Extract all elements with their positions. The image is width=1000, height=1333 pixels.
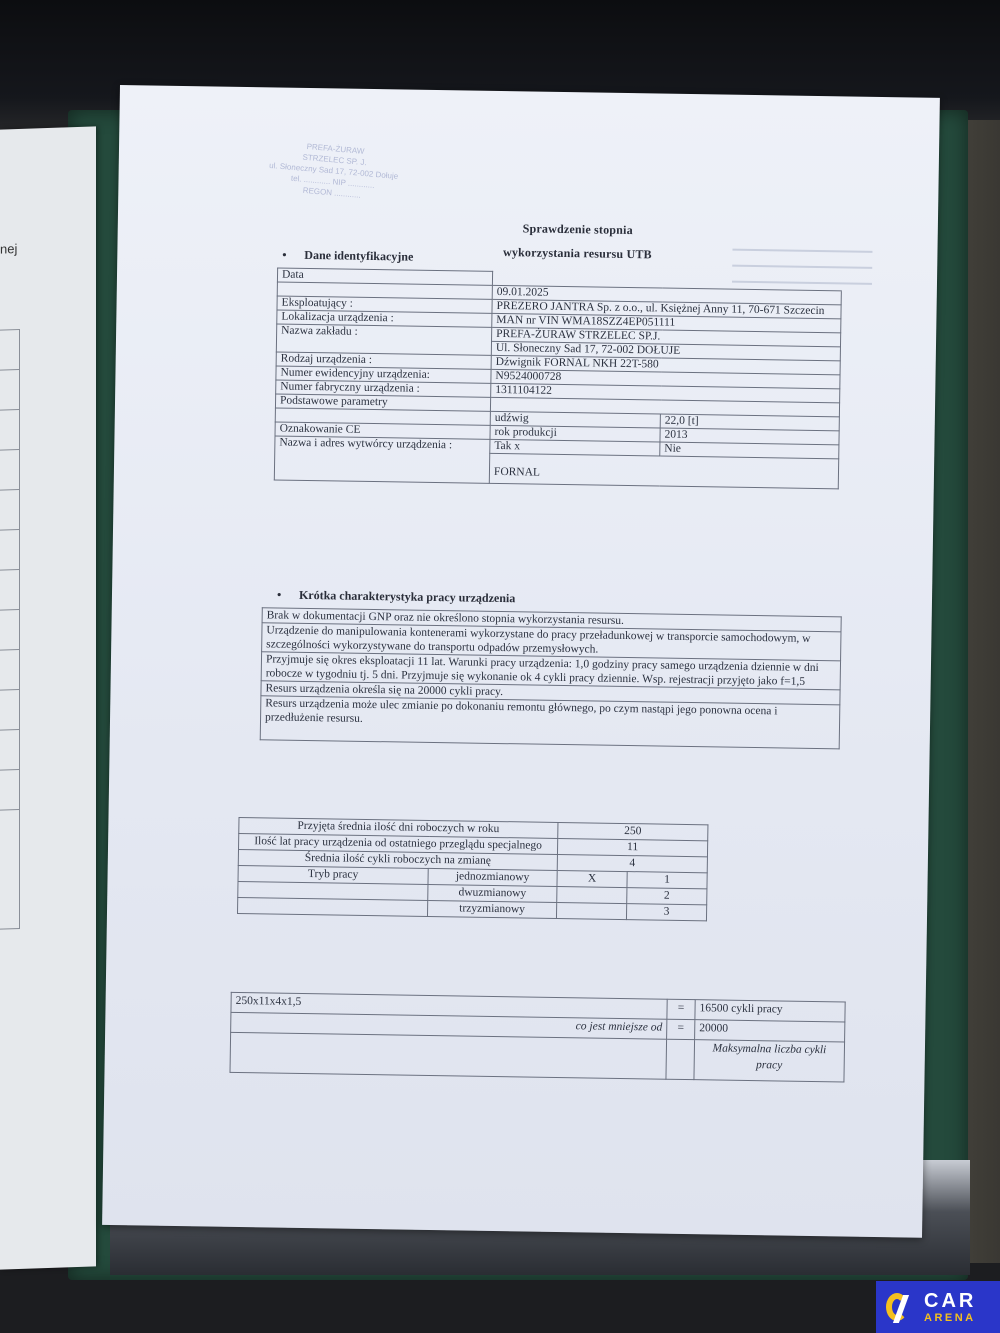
left-page-table (0, 329, 20, 930)
identification-table: Data 09.01.2025 Eksploatujący :PREZERO J… (274, 267, 842, 489)
table-row: Resurs urządzenia może ulec zmianie po d… (260, 696, 840, 749)
left-page-fragment: nej (0, 126, 96, 1269)
document-title: Sprawdzenie stopnia wykorzystania resurs… (417, 215, 738, 268)
car-arena-watermark: CAR ARENA (876, 1281, 1000, 1333)
table-row: Maksymalna liczba cykli pracy (230, 1032, 845, 1082)
section-work-heading: •Krótka charakterystyka pracy urządzenia (277, 588, 516, 607)
bullet-icon: • (277, 588, 299, 603)
work-description-table: Brak w dokumentacji GNP oraz nie określo… (260, 607, 842, 749)
car-arena-logo-icon (886, 1291, 916, 1323)
bullet-icon: • (282, 248, 304, 263)
document-sheet: PREFA-ŻURAW STRZELEC SP. J. ul. Słoneczn… (102, 85, 940, 1238)
calculation-table: 250x11x4x1,5=16500 cykli pracy co jest m… (229, 992, 845, 1083)
watermark-line2: ARENA (924, 1313, 976, 1324)
left-page-text: nej (0, 241, 17, 257)
section-identification-heading: •Dane identyfikacyjne (282, 248, 413, 265)
company-stamp: PREFA-ŻURAW STRZELEC SP. J. ul. Słoneczn… (217, 134, 451, 208)
watermark-line1: CAR (924, 1291, 976, 1311)
parameters-table: Przyjęta średnia ilość dni roboczych w r… (237, 817, 708, 921)
